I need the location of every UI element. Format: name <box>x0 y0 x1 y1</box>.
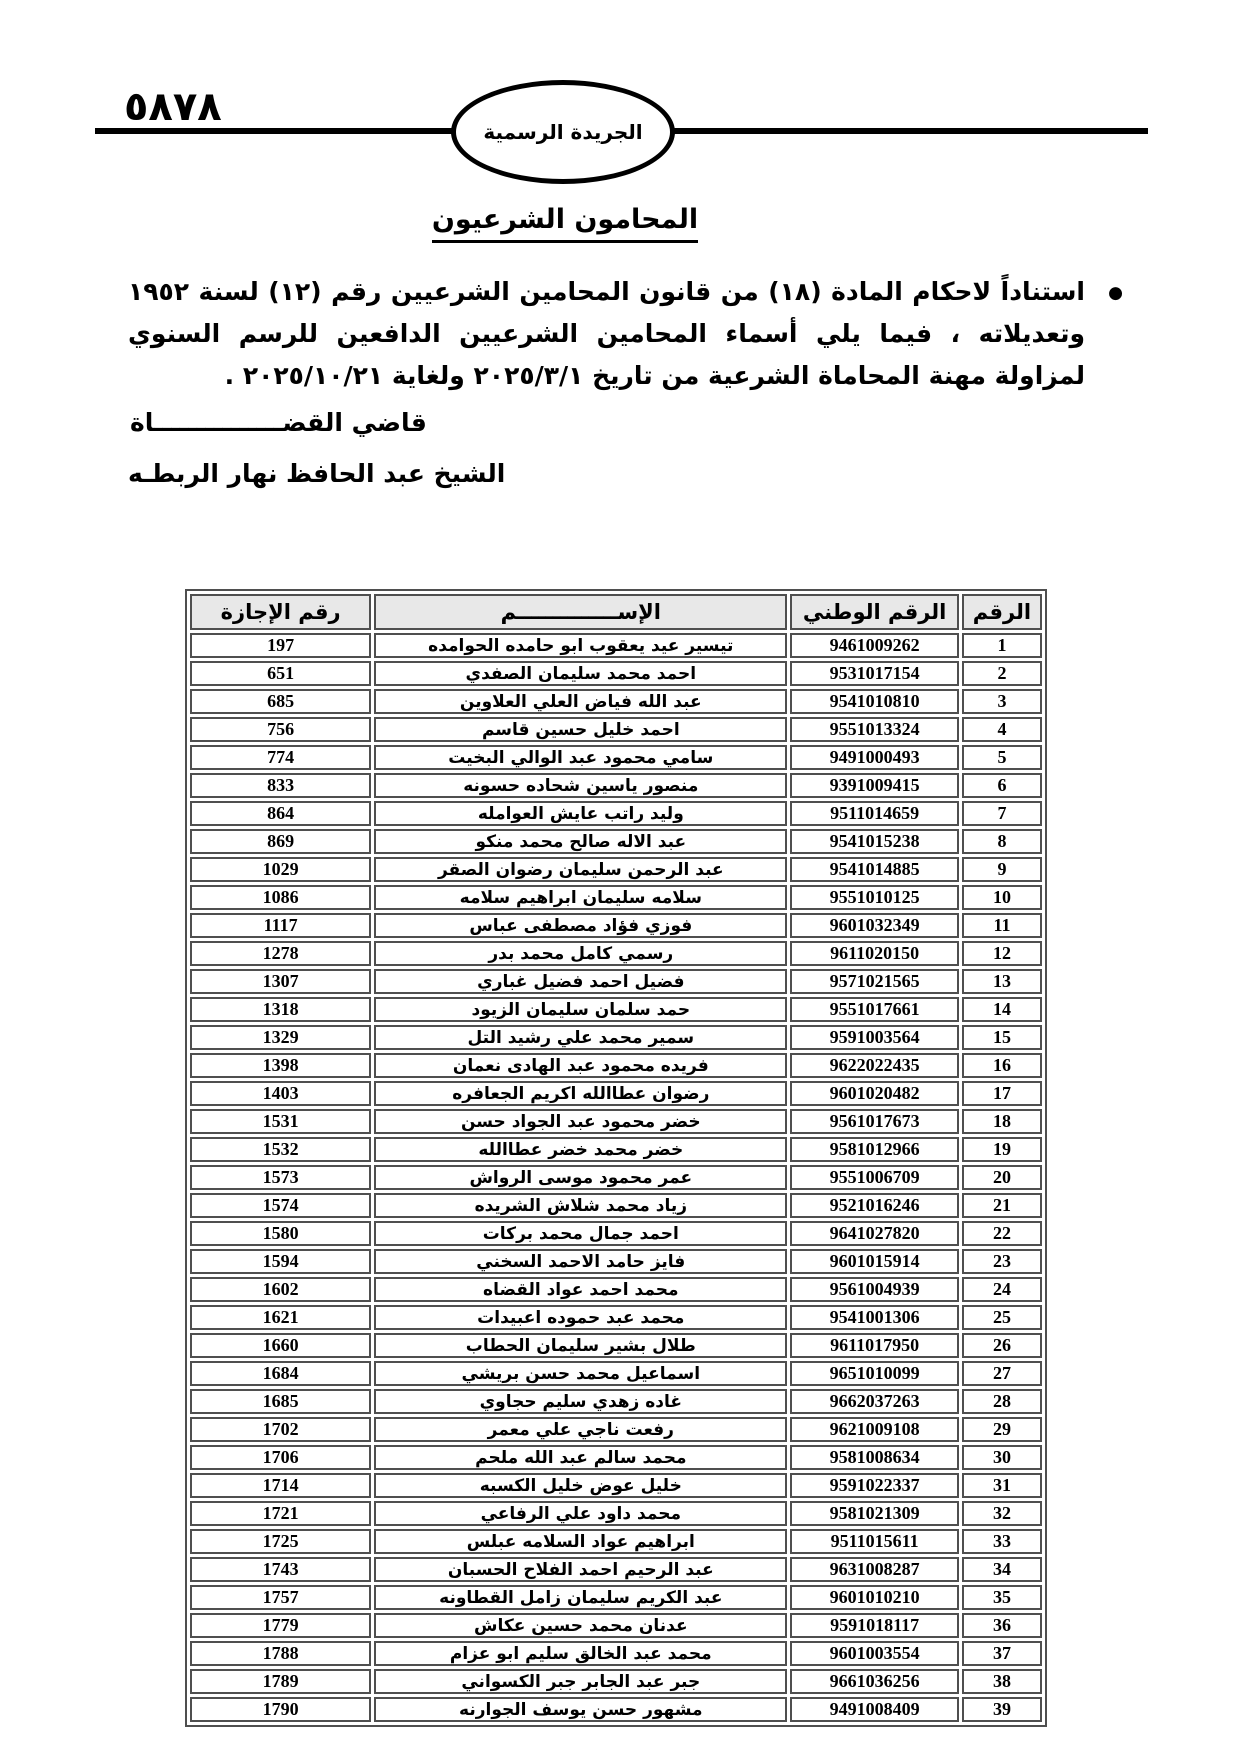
table-row: 239601015914فايز حامد الاحمد السخني1594 <box>190 1249 1042 1274</box>
table-row: 69391009415منصور ياسين شحاده حسونه833 <box>190 773 1042 798</box>
national-id-cell: 9511014659 <box>790 801 959 826</box>
table-row: 129611020150رسمي كامل محمد بدر1278 <box>190 941 1042 966</box>
serial-cell: 24 <box>962 1277 1042 1302</box>
name-cell: خضر محمود عبد الجواد حسن <box>374 1109 787 1134</box>
serial-cell: 31 <box>962 1473 1042 1498</box>
serial-cell: 39 <box>962 1697 1042 1722</box>
license-cell: 864 <box>190 801 371 826</box>
table-row: 79511014659وليد راتب عايش العوامله864 <box>190 801 1042 826</box>
table-row: 309581008634محمد سالم عبد الله ملحم1706 <box>190 1445 1042 1470</box>
national-id-cell: 9591003564 <box>790 1025 959 1050</box>
national-id-cell: 9391009415 <box>790 773 959 798</box>
national-id-cell: 9541015238 <box>790 829 959 854</box>
serial-cell: 23 <box>962 1249 1042 1274</box>
national-id-cell: 9511015611 <box>790 1529 959 1554</box>
national-id-cell: 9601003554 <box>790 1641 959 1666</box>
national-id-cell: 9551017661 <box>790 997 959 1022</box>
table-row: 119601032349فوزي فؤاد مصطفى عباس1117 <box>190 913 1042 938</box>
name-cell: عدنان محمد حسين عكاش <box>374 1613 787 1638</box>
national-id-cell: 9662037263 <box>790 1389 959 1414</box>
table-row: 269611017950طلال بشير سليمان الحطاب1660 <box>190 1333 1042 1358</box>
license-cell: 1403 <box>190 1081 371 1106</box>
national-id-cell: 9622022435 <box>790 1053 959 1078</box>
license-cell: 1278 <box>190 941 371 966</box>
gazette-logo-oval: الجريدة الرسمية <box>451 80 675 184</box>
license-cell: 1660 <box>190 1333 371 1358</box>
table-row: 109551010125سلامه سليمان ابراهيم سلامه10… <box>190 885 1042 910</box>
name-cell: جبر عبد الجابر جبر الكسواني <box>374 1669 787 1694</box>
name-cell: عبد الرحيم احمد الفلاح الحسبان <box>374 1557 787 1582</box>
serial-cell: 15 <box>962 1025 1042 1050</box>
serial-cell: 10 <box>962 885 1042 910</box>
name-cell: منصور ياسين شحاده حسونه <box>374 773 787 798</box>
table-row: 359601010210عبد الكريم سليمان زامل القطا… <box>190 1585 1042 1610</box>
name-cell: خضر محمد خضر عطاالله <box>374 1137 787 1162</box>
license-cell: 1743 <box>190 1557 371 1582</box>
national-id-cell: 9591022337 <box>790 1473 959 1498</box>
serial-cell: 25 <box>962 1305 1042 1330</box>
national-id-cell: 9541010810 <box>790 689 959 714</box>
national-id-cell: 9601010210 <box>790 1585 959 1610</box>
name-cell: محمد عبد حموده اعبيدات <box>374 1305 787 1330</box>
serial-cell: 33 <box>962 1529 1042 1554</box>
national-id-cell: 9651010099 <box>790 1361 959 1386</box>
col-header-national-id: الرقم الوطني <box>790 594 959 630</box>
license-cell: 1621 <box>190 1305 371 1330</box>
serial-cell: 9 <box>962 857 1042 882</box>
name-cell: خليل عوض خليل الكسبه <box>374 1473 787 1498</box>
name-cell: رسمي كامل محمد بدر <box>374 941 787 966</box>
name-cell: عبد الاله صالح محمد منكو <box>374 829 787 854</box>
name-cell: رضوان عطاالله اكريم الجعافره <box>374 1081 787 1106</box>
national-id-cell: 9541014885 <box>790 857 959 882</box>
table-row: 139571021565فضيل احمد فضيل غباري1307 <box>190 969 1042 994</box>
license-cell: 1721 <box>190 1501 371 1526</box>
license-cell: 1602 <box>190 1277 371 1302</box>
table-row: 289662037263غاده زهدي سليم حجاوي1685 <box>190 1389 1042 1414</box>
table-row: 299621009108رفعت ناجي علي معمر1702 <box>190 1417 1042 1442</box>
national-id-cell: 9611020150 <box>790 941 959 966</box>
table-row: 259541001306محمد عبد حموده اعبيدات1621 <box>190 1305 1042 1330</box>
serial-cell: 8 <box>962 829 1042 854</box>
national-id-cell: 9561004939 <box>790 1277 959 1302</box>
name-cell: فايز حامد الاحمد السخني <box>374 1249 787 1274</box>
national-id-cell: 9521016246 <box>790 1193 959 1218</box>
name-cell: محمد احمد عواد القضاه <box>374 1277 787 1302</box>
table-row: 369591018117عدنان محمد حسين عكاش1779 <box>190 1613 1042 1638</box>
license-cell: 197 <box>190 633 371 658</box>
serial-cell: 16 <box>962 1053 1042 1078</box>
national-id-cell: 9551013324 <box>790 717 959 742</box>
license-cell: 1573 <box>190 1165 371 1190</box>
license-cell: 1398 <box>190 1053 371 1078</box>
national-id-cell: 9541001306 <box>790 1305 959 1330</box>
page-number: ٥٨٧٨ <box>124 84 222 130</box>
name-cell: غاده زهدي سليم حجاوي <box>374 1389 787 1414</box>
table-row: 169622022435فريده محمود عبد الهادى نعمان… <box>190 1053 1042 1078</box>
table-row: 399491008409مشهور حسن يوسف الجوارنه1790 <box>190 1697 1042 1722</box>
name-cell: محمد عبد الخالق سليم ابو عزام <box>374 1641 787 1666</box>
table-row: 229641027820احمد جمال محمد بركات1580 <box>190 1221 1042 1246</box>
serial-cell: 2 <box>962 661 1042 686</box>
national-id-cell: 9571021565 <box>790 969 959 994</box>
serial-cell: 1 <box>962 633 1042 658</box>
national-id-cell: 9461009262 <box>790 633 959 658</box>
document-title: المحامون الشرعيون <box>432 204 698 243</box>
serial-cell: 14 <box>962 997 1042 1022</box>
license-cell: 1789 <box>190 1669 371 1694</box>
national-id-cell: 9601020482 <box>790 1081 959 1106</box>
national-id-cell: 9531017154 <box>790 661 959 686</box>
national-id-cell: 9581008634 <box>790 1445 959 1470</box>
national-id-cell: 9601015914 <box>790 1249 959 1274</box>
license-cell: 1086 <box>190 885 371 910</box>
serial-cell: 32 <box>962 1501 1042 1526</box>
license-cell: 1580 <box>190 1221 371 1246</box>
license-cell: 1685 <box>190 1389 371 1414</box>
national-id-cell: 9561017673 <box>790 1109 959 1134</box>
license-cell: 1684 <box>190 1361 371 1386</box>
national-id-cell: 9631008287 <box>790 1557 959 1582</box>
license-cell: 1790 <box>190 1697 371 1722</box>
col-header-license: رقم الإجازة <box>190 594 371 630</box>
license-cell: 869 <box>190 829 371 854</box>
table-row: 339511015611ابراهيم عواد السلامه عبلس172… <box>190 1529 1042 1554</box>
table-row: 199581012966خضر محمد خضر عطاالله1532 <box>190 1137 1042 1162</box>
header-row: الرقم الرقم الوطني الإســــــــــــــم ر… <box>190 594 1042 630</box>
name-cell: فضيل احمد فضيل غباري <box>374 969 787 994</box>
serial-cell: 7 <box>962 801 1042 826</box>
table-row: 329581021309محمد داود علي الرفاعي1721 <box>190 1501 1042 1526</box>
name-cell: سامي محمود عبد الوالي البخيت <box>374 745 787 770</box>
license-cell: 1574 <box>190 1193 371 1218</box>
gazette-page: ٥٨٧٨ الجريدة الرسمية المحامون الشرعيون ●… <box>0 0 1241 1754</box>
serial-cell: 20 <box>962 1165 1042 1190</box>
name-cell: سمير محمد علي رشيد التل <box>374 1025 787 1050</box>
license-cell: 1117 <box>190 913 371 938</box>
serial-cell: 21 <box>962 1193 1042 1218</box>
name-cell: فريده محمود عبد الهادى نعمان <box>374 1053 787 1078</box>
table-row: 319591022337خليل عوض خليل الكسبه1714 <box>190 1473 1042 1498</box>
name-cell: فوزي فؤاد مصطفى عباس <box>374 913 787 938</box>
serial-cell: 37 <box>962 1641 1042 1666</box>
serial-cell: 13 <box>962 969 1042 994</box>
table-row: 39541010810عبد الله فياض العلي العلاوين6… <box>190 689 1042 714</box>
signature-name: الشيخ عبد الحافظ نهار الربطـه <box>128 459 505 488</box>
name-cell: عبد الرحمن سليمان رضوان الصقر <box>374 857 787 882</box>
name-cell: طلال بشير سليمان الحطاب <box>374 1333 787 1358</box>
signature-title: قاضي القضـــــــــــــــاة <box>130 408 427 437</box>
license-cell: 1029 <box>190 857 371 882</box>
table-head: الرقم الرقم الوطني الإســــــــــــــم ر… <box>190 594 1042 630</box>
bullet-marker: ● <box>1108 283 1123 303</box>
table-row: 29531017154احمد محمد سليمان الصفدي651 <box>190 661 1042 686</box>
table-row: 389661036256جبر عبد الجابر جبر الكسواني1… <box>190 1669 1042 1694</box>
license-cell: 1788 <box>190 1641 371 1666</box>
name-cell: عبد الكريم سليمان زامل القطاونه <box>374 1585 787 1610</box>
serial-cell: 29 <box>962 1417 1042 1442</box>
name-cell: احمد جمال محمد بركات <box>374 1221 787 1246</box>
gazette-name: الجريدة الرسمية <box>483 120 642 144</box>
serial-cell: 34 <box>962 1557 1042 1582</box>
name-cell: عمر محمود موسى الرواش <box>374 1165 787 1190</box>
table-row: 19461009262تيسير عيد يعقوب ابو حامده الح… <box>190 633 1042 658</box>
name-cell: وليد راتب عايش العوامله <box>374 801 787 826</box>
table-row: 99541014885عبد الرحمن سليمان رضوان الصقر… <box>190 857 1042 882</box>
license-cell: 1531 <box>190 1109 371 1134</box>
serial-cell: 27 <box>962 1361 1042 1386</box>
table-row: 59491000493سامي محمود عبد الوالي البخيت7… <box>190 745 1042 770</box>
license-cell: 1706 <box>190 1445 371 1470</box>
national-id-cell: 9551006709 <box>790 1165 959 1190</box>
license-cell: 1329 <box>190 1025 371 1050</box>
table-row: 179601020482رضوان عطاالله اكريم الجعافره… <box>190 1081 1042 1106</box>
national-id-cell: 9491008409 <box>790 1697 959 1722</box>
table-row: 349631008287عبد الرحيم احمد الفلاح الحسب… <box>190 1557 1042 1582</box>
col-header-name: الإســــــــــــــم <box>374 594 787 630</box>
table-row: 149551017661حمد سلمان سليمان الزيود1318 <box>190 997 1042 1022</box>
license-cell: 1702 <box>190 1417 371 1442</box>
serial-cell: 26 <box>962 1333 1042 1358</box>
name-cell: زياد محمد شلاش الشريده <box>374 1193 787 1218</box>
name-cell: رفعت ناجي علي معمر <box>374 1417 787 1442</box>
license-cell: 833 <box>190 773 371 798</box>
national-id-cell: 9611017950 <box>790 1333 959 1358</box>
national-id-cell: 9661036256 <box>790 1669 959 1694</box>
table-row: 159591003564سمير محمد علي رشيد التل1329 <box>190 1025 1042 1050</box>
table-row: 209551006709عمر محمود موسى الرواش1573 <box>190 1165 1042 1190</box>
national-id-cell: 9551010125 <box>790 885 959 910</box>
license-cell: 1307 <box>190 969 371 994</box>
serial-cell: 38 <box>962 1669 1042 1694</box>
serial-cell: 11 <box>962 913 1042 938</box>
national-id-cell: 9601032349 <box>790 913 959 938</box>
table-row: 49551013324احمد خليل حسين قاسم756 <box>190 717 1042 742</box>
license-cell: 1594 <box>190 1249 371 1274</box>
name-cell: مشهور حسن يوسف الجوارنه <box>374 1697 787 1722</box>
intro-paragraph: استناداً لاحكام المادة (١٨) من قانون الم… <box>128 271 1085 397</box>
national-id-cell: 9581012966 <box>790 1137 959 1162</box>
national-id-cell: 9621009108 <box>790 1417 959 1442</box>
serial-cell: 17 <box>962 1081 1042 1106</box>
name-cell: احمد محمد سليمان الصفدي <box>374 661 787 686</box>
license-cell: 1757 <box>190 1585 371 1610</box>
document-title-wrap: المحامون الشرعيون <box>0 204 1130 243</box>
table-row: 89541015238عبد الاله صالح محمد منكو869 <box>190 829 1042 854</box>
serial-cell: 12 <box>962 941 1042 966</box>
col-header-serial: الرقم <box>962 594 1042 630</box>
name-cell: محمد داود علي الرفاعي <box>374 1501 787 1526</box>
license-cell: 756 <box>190 717 371 742</box>
lawyers-table: الرقم الرقم الوطني الإســــــــــــــم ر… <box>185 589 1047 1727</box>
serial-cell: 28 <box>962 1389 1042 1414</box>
license-cell: 1779 <box>190 1613 371 1638</box>
serial-cell: 3 <box>962 689 1042 714</box>
serial-cell: 22 <box>962 1221 1042 1246</box>
license-cell: 685 <box>190 689 371 714</box>
serial-cell: 18 <box>962 1109 1042 1134</box>
serial-cell: 30 <box>962 1445 1042 1470</box>
license-cell: 1725 <box>190 1529 371 1554</box>
name-cell: سلامه سليمان ابراهيم سلامه <box>374 885 787 910</box>
serial-cell: 36 <box>962 1613 1042 1638</box>
name-cell: محمد سالم عبد الله ملحم <box>374 1445 787 1470</box>
serial-cell: 6 <box>962 773 1042 798</box>
name-cell: احمد خليل حسين قاسم <box>374 717 787 742</box>
table-body: 19461009262تيسير عيد يعقوب ابو حامده الح… <box>190 633 1042 1722</box>
table-row: 379601003554محمد عبد الخالق سليم ابو عزا… <box>190 1641 1042 1666</box>
serial-cell: 35 <box>962 1585 1042 1610</box>
table-row: 279651010099اسماعيل محمد حسن بريشي1684 <box>190 1361 1042 1386</box>
license-cell: 1714 <box>190 1473 371 1498</box>
national-id-cell: 9641027820 <box>790 1221 959 1246</box>
name-cell: اسماعيل محمد حسن بريشي <box>374 1361 787 1386</box>
table-row: 189561017673خضر محمود عبد الجواد حسن1531 <box>190 1109 1042 1134</box>
national-id-cell: 9581021309 <box>790 1501 959 1526</box>
name-cell: حمد سلمان سليمان الزيود <box>374 997 787 1022</box>
national-id-cell: 9491000493 <box>790 745 959 770</box>
license-cell: 651 <box>190 661 371 686</box>
name-cell: ابراهيم عواد السلامه عبلس <box>374 1529 787 1554</box>
name-cell: عبد الله فياض العلي العلاوين <box>374 689 787 714</box>
license-cell: 1532 <box>190 1137 371 1162</box>
license-cell: 1318 <box>190 997 371 1022</box>
name-cell: تيسير عيد يعقوب ابو حامده الحوامده <box>374 633 787 658</box>
serial-cell: 5 <box>962 745 1042 770</box>
license-cell: 774 <box>190 745 371 770</box>
national-id-cell: 9591018117 <box>790 1613 959 1638</box>
table-row: 219521016246زياد محمد شلاش الشريده1574 <box>190 1193 1042 1218</box>
table-row: 249561004939محمد احمد عواد القضاه1602 <box>190 1277 1042 1302</box>
serial-cell: 19 <box>962 1137 1042 1162</box>
serial-cell: 4 <box>962 717 1042 742</box>
